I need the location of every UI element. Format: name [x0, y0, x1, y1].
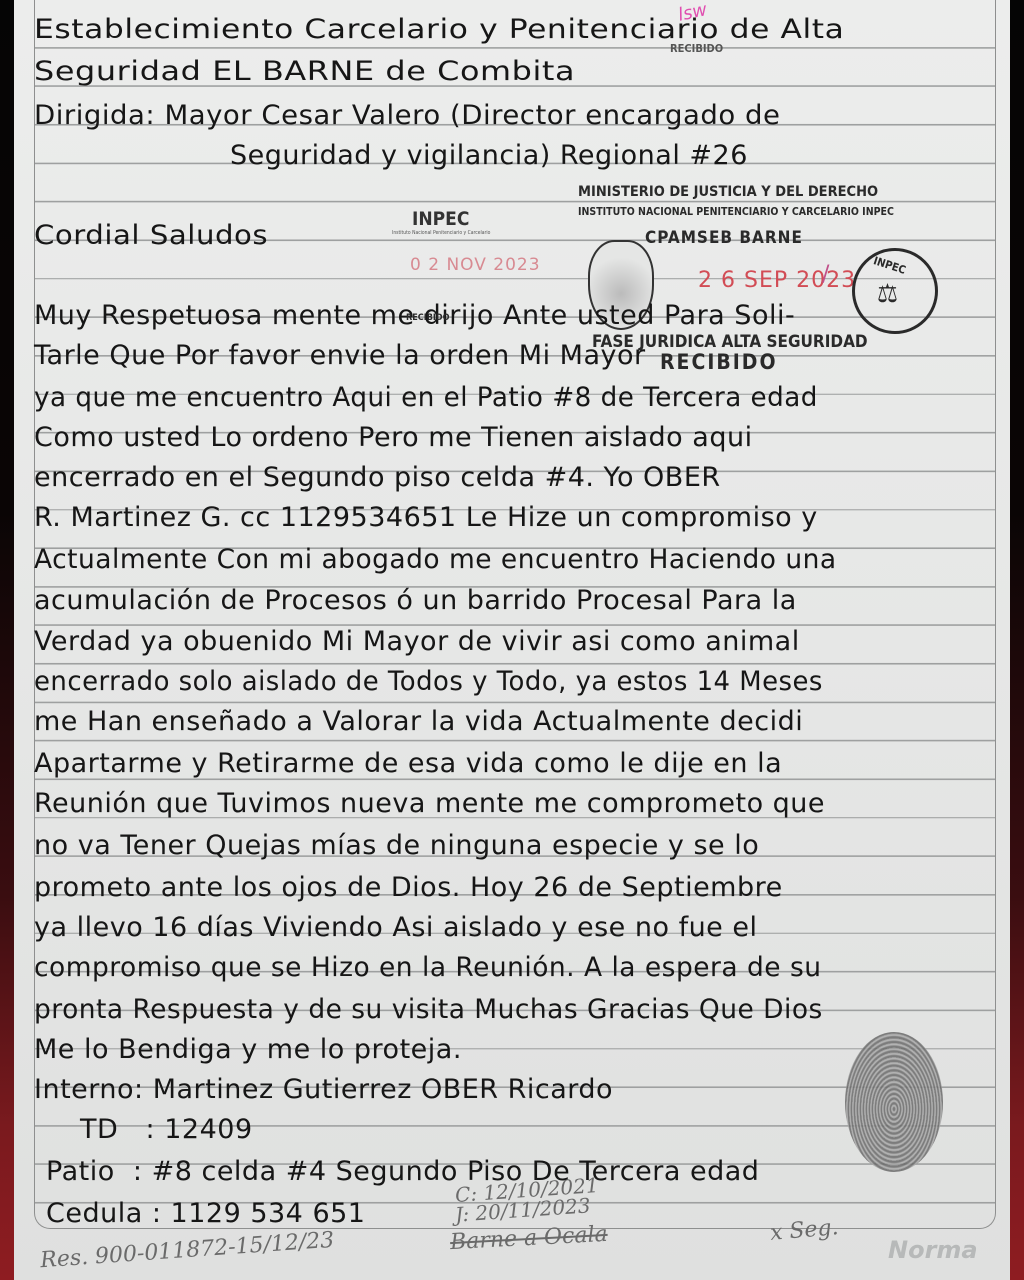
body-line: encerrado en el Segundo piso celda #4. Y… — [34, 462, 721, 493]
body-line: Verdad ya obuenido Mi Mayor de vivir asi… — [34, 626, 800, 657]
inpec-logo: INPEC — [412, 208, 469, 230]
paper-brand-logo: Norma — [888, 1236, 978, 1264]
fingerprint — [845, 1032, 943, 1172]
header-line-2: Seguridad EL BARNE de Combita — [34, 56, 575, 87]
interno-label: Interno — [34, 1074, 134, 1105]
cedula-label: Cedula — [46, 1198, 143, 1229]
body-line: encerrado solo aislado de Todos y Todo, … — [34, 666, 823, 697]
scales-icon: ⚖ — [877, 279, 898, 309]
body-line: Me lo Bendiga y me lo proteja. — [34, 1034, 462, 1065]
seal-text: INPEC — [872, 254, 908, 277]
patio-label: Patio — [46, 1156, 115, 1187]
body-line: ya que me encuentro Aqui en el Patio #8 … — [34, 382, 818, 413]
header-line-4: Seguridad y vigilancia) Regional #26 — [230, 140, 748, 171]
body-line: Actualmente Con mi abogado me encuentro … — [34, 544, 837, 575]
recibido-inline-stamp: RECIBIDO — [406, 313, 450, 323]
recibido-small-stamp: RECIBIDO — [670, 42, 723, 55]
body-line: no va Tener Quejas mías de ninguna espec… — [34, 830, 759, 861]
greeting: Cordial Saludos — [34, 220, 268, 251]
td-value: 12409 — [164, 1114, 252, 1145]
header-line-1: Establecimiento Carcelario y Penitenciar… — [34, 14, 844, 45]
cedula-value: 1129 534 651 — [171, 1198, 366, 1229]
cedula-row: Cedula : 1129 534 651 — [46, 1198, 365, 1229]
ministry-line-3: CPAMSEB BARNE — [645, 228, 803, 248]
body-line: compromiso que se Hizo en la Reunión. A … — [34, 952, 821, 983]
body-line: pronta Respuesta y de su visita Muchas G… — [34, 994, 823, 1025]
interno-row: Interno: Martinez Gutierrez OBER Ricardo — [34, 1074, 613, 1105]
ministry-line-2: INSTITUTO NACIONAL PENITENCIARIO Y CARCE… — [578, 206, 894, 218]
body-line: R. Martinez G. cc 1129534651 Le Hize un … — [34, 502, 818, 533]
inpec-logo-subtitle: Instituto Nacional Penitenciario y Carce… — [392, 230, 490, 236]
body-line: prometo ante los ojos de Dios. Hoy 26 de… — [34, 872, 783, 903]
inpec-date-stamp: 0 2 NOV 2023 — [410, 255, 541, 275]
body-line: Apartarme y Retirarme de esa vida como l… — [34, 748, 782, 779]
body-line: ya llevo 16 días Viviendo Asi aislado y … — [34, 912, 758, 943]
header-line-3: Dirigida: Mayor Cesar Valero (Director e… — [34, 100, 780, 131]
body-line: me Han enseñado a Valorar la vida Actual… — [34, 706, 803, 737]
td-row: TD : 12409 — [80, 1114, 253, 1145]
body-line: Reunión que Tuvimos nueva mente me compr… — [34, 788, 825, 819]
body-line: acumulación de Procesos ó un barrido Pro… — [34, 585, 797, 616]
interno-value: Martinez Gutierrez OBER Ricardo — [153, 1074, 613, 1105]
ministry-date-stamp: 2 6 SEP 2023 — [698, 268, 856, 293]
patio-row: Patio : #8 celda #4 Segundo Piso De Terc… — [46, 1156, 759, 1187]
recibido-big-stamp: RECIBIDO — [660, 350, 778, 374]
body-line: Tarle Que Por favor envie la orden Mi Ma… — [34, 340, 646, 371]
checkmark-icon: / — [822, 262, 830, 287]
td-label: TD — [80, 1114, 118, 1145]
inpec-seal-icon: INPEC ⚖ — [852, 248, 938, 334]
body-line: Como usted Lo ordeno Pero me Tienen aisl… — [34, 422, 753, 453]
ministry-line-1: MINISTERIO DE JUSTICIA Y DEL DERECHO — [578, 184, 878, 200]
